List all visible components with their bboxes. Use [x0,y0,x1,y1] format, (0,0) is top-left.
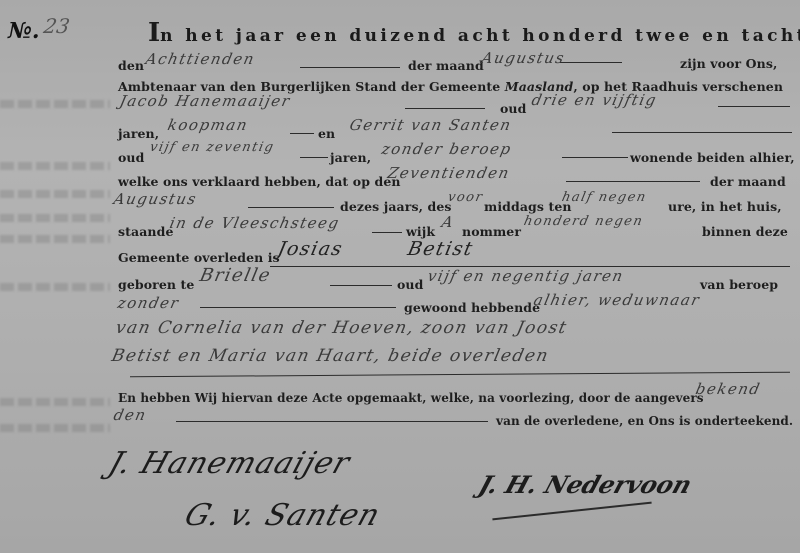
printed-welke-ons: welke ons verklaard hebben, dat op den [118,174,401,189]
death-day: Zeventienden [386,164,512,182]
printed-zijn-voor-ons: zijn voor Ons, [680,56,777,71]
declarant1-age: drie en vijftig [530,91,659,109]
printed-jaren: jaren, [118,126,159,141]
printed-der-maand-2: der maand [710,174,786,189]
deceased-residence: alhier, weduwnaar [532,291,702,309]
fill-line [290,133,314,134]
bleed-through-text [0,100,110,108]
fill-line [612,132,792,133]
printed-den: den [118,58,144,73]
printed-gemeente-overleden: Gemeente overleden is [118,250,280,265]
printed-oud: oud [500,101,526,116]
signature-underline [492,502,651,521]
death-month: Augustus [112,190,199,208]
printed-wijk: wijk [406,224,435,239]
wijk-letter: A [440,213,456,231]
bleed-through-text [0,398,110,406]
printed-closing: En hebben Wij hiervan deze Acte opgemaak… [118,391,704,405]
declarant2-age: vijf en zeventig [148,140,276,155]
printed-signed: van de overledene, en Ons is onderteeken… [496,414,793,428]
bleed-through-text [0,190,110,198]
registration-month: Augustus [480,49,567,67]
spouse-and-father: van Cornelia van der Hoeven, zoon van Jo… [114,318,569,338]
house-number: honderd negen [522,214,644,229]
declarant2-name: Gerrit van Santen [348,116,513,134]
declarant2-occupation: zonder beroep [380,140,513,158]
fill-line [176,421,488,422]
fill-line [372,232,402,233]
printed-van-beroep: van beroep [700,277,778,292]
printed-middags-ten: middags ten [484,199,572,214]
parents-line: Betist en Maria van Haart, beide overled… [110,346,551,366]
opening-text: n het jaar een duizend acht honderd twee… [160,26,800,46]
bleed-through-text [0,162,110,170]
fill-line [130,372,790,378]
registration-day: Achttienden [144,50,257,68]
birthplace: Brielle [198,265,273,286]
printed-en: en [318,126,335,141]
signature-official: J. H. Nedervoon [475,470,695,499]
fill-line [330,285,392,286]
bleed-through-text [0,424,110,432]
signature-declarant2: G. v. Santen [180,498,385,533]
opening-line: In het jaar een duizend acht honderd twe… [148,18,800,48]
bleed-through-text [0,283,110,291]
fill-line [560,62,622,63]
certificate-number-label: №. [8,18,40,44]
fill-line [405,108,485,109]
deceased-occupation: zonder [116,294,181,312]
fill-line [248,207,334,208]
printed-wonende: wonende beiden alhier, [630,150,795,165]
fill-line [566,181,700,182]
death-hour: half negen [560,190,648,205]
printed-dezes-jaars: dezes jaars, des [340,199,452,214]
printed-binnen-deze: binnen deze [702,224,788,239]
relation-continued: den [112,406,148,424]
deceased-age: vijf en negentig jaren [426,267,626,285]
declarant1-occupation: koopman [166,116,250,134]
printed-geboren-te: geboren te [118,277,194,292]
printed-nommer: nommer [462,224,521,239]
relation-known: bekend [694,380,763,398]
certificate-number: 23 [42,14,72,38]
declarant1-name: Jacob Hanemaaijer [118,92,292,110]
bleed-through-text [0,235,110,243]
printed-oud-2: oud [118,150,144,165]
opening-initial: I [148,18,160,48]
printed-oud-3: oud [397,277,423,292]
printed-der-maand: der maand [408,58,484,73]
fill-line [718,106,790,107]
deceased-surname: Betist [406,238,476,260]
death-certificate-page: №. 23 In het jaar een duizend acht honde… [0,0,800,553]
street-address: in de Vleeschsteeg [168,214,342,232]
signature-declarant1: J. Hanemaaijer [104,446,354,481]
bleed-through-text [0,214,110,222]
printed-staande: staande [118,224,174,239]
part-of-day: voor [446,190,484,205]
deceased-given-name: Josias [276,238,346,260]
fill-line [562,157,628,158]
fill-line [300,157,328,158]
printed-jaren-2: jaren, [330,150,371,165]
fill-line [200,307,396,308]
printed-ure-in-het-huis: ure, in het huis, [668,199,782,214]
fill-line [300,67,400,68]
printed-gewoond-hebbende: gewoond hebbende [404,300,540,315]
